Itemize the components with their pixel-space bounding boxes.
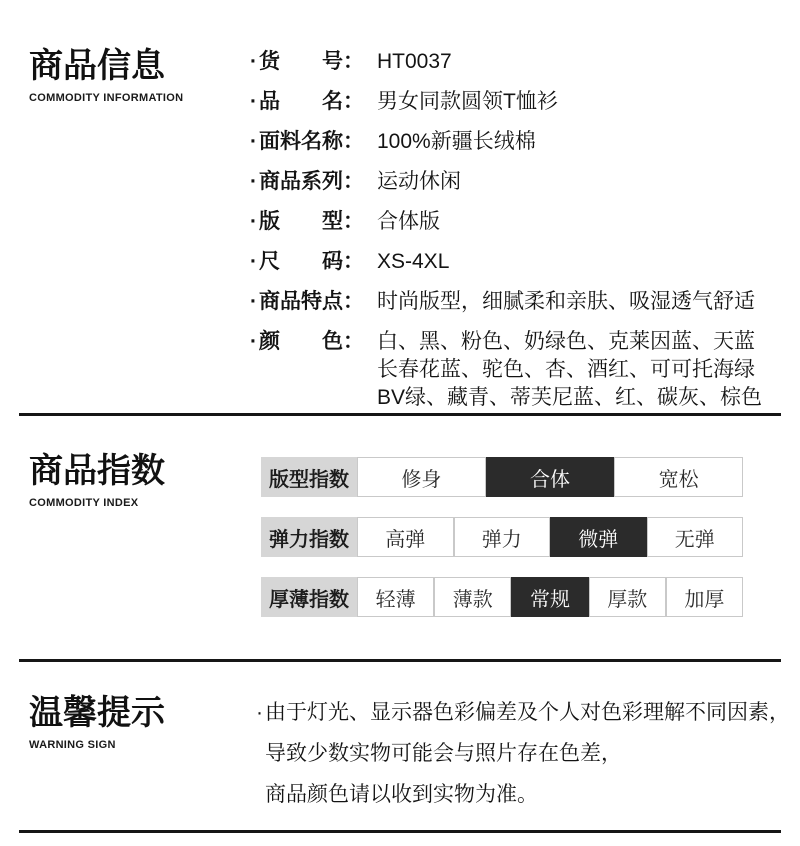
warning-section-title: 温馨提示 bbox=[29, 694, 165, 732]
bullet-dot: · bbox=[250, 82, 259, 122]
warning-text: 商品颜色请以收到实物为准。 bbox=[265, 774, 538, 815]
stretch-index-row: 弹力指数 高弹 弹力 微弹 无弹 bbox=[261, 517, 743, 557]
bullet-dot: · bbox=[256, 692, 265, 733]
index-tables: 版型指数 修身 合体 宽松 弹力指数 高弹 弹力 微弹 无弹 厚薄指数 轻薄 薄… bbox=[261, 457, 743, 617]
stretch-option-none: 无弹 bbox=[647, 517, 744, 557]
label-colon: ： bbox=[343, 42, 364, 82]
bottom-divider bbox=[19, 830, 781, 833]
label-colon: ： bbox=[343, 282, 364, 322]
info-row-colors: · 颜色 ： 白、黑、粉色、奶绿色、克莱因蓝、天蓝 长春花蓝、驼色、杏、酒红、可… bbox=[250, 322, 790, 412]
info-row-product-name: · 品名 ： 男女同款圆领T恤衫 bbox=[250, 82, 790, 122]
label-colon: ： bbox=[343, 202, 364, 242]
warning-line: · 由于灯光、显示器色彩偏差及个人对色彩理解不同因素， bbox=[256, 692, 790, 733]
label-colon: ： bbox=[343, 322, 364, 362]
thickness-index-row: 厚薄指数 轻薄 薄款 常规 厚款 加厚 bbox=[261, 577, 743, 617]
info-row-fit: · 版型 ： 合体版 bbox=[250, 202, 790, 242]
warning-line: 导致少数实物可能会与照片存在色差， bbox=[256, 733, 790, 774]
fit-option-loose: 宽松 bbox=[614, 457, 743, 497]
label-colon: ： bbox=[343, 242, 364, 282]
bullet-dot: · bbox=[250, 242, 259, 282]
warning-section-subtitle: WARNING SIGN bbox=[29, 739, 165, 751]
line-indent bbox=[256, 733, 265, 774]
line-indent bbox=[256, 774, 265, 815]
info-value: XS-4XL bbox=[377, 242, 449, 282]
thickness-option-thick: 厚款 bbox=[589, 577, 666, 617]
bullet-dot: · bbox=[250, 202, 259, 242]
index-section-title: 商品指数 bbox=[29, 452, 165, 490]
info-label: 品名 bbox=[259, 82, 343, 122]
thickness-option-light: 轻薄 bbox=[357, 577, 434, 617]
info-row-item-number: · 货号 ： HT0037 bbox=[250, 42, 790, 82]
product-info-list: · 货号 ： HT0037 · 品名 ： 男女同款圆领T恤衫 · 面料名称 ： … bbox=[250, 42, 790, 412]
color-list-line: BV绿、藏青、蒂芙尼蓝、红、碳灰、棕色 bbox=[377, 384, 762, 412]
warning-text: 由于灯光、显示器色彩偏差及个人对色彩理解不同因素， bbox=[265, 692, 790, 733]
info-label: 商品特点 bbox=[259, 282, 343, 322]
info-value: 合体版 bbox=[377, 202, 440, 242]
warning-text-block: · 由于灯光、显示器色彩偏差及个人对色彩理解不同因素， 导致少数实物可能会与照片… bbox=[256, 692, 790, 815]
info-row-fabric: · 面料名称 ： 100%新疆长绒棉 bbox=[250, 122, 790, 162]
fit-option-regular-selected: 合体 bbox=[486, 457, 615, 497]
info-value: 男女同款圆领T恤衫 bbox=[377, 82, 558, 122]
info-value: 时尚版型，细腻柔和亲肤、吸湿透气舒适 bbox=[377, 282, 755, 322]
index-section-header: 商品指数 COMMODITY INDEX bbox=[29, 452, 165, 509]
info-row-series: · 商品系列 ： 运动休闲 bbox=[250, 162, 790, 202]
warning-text: 导致少数实物可能会与照片存在色差， bbox=[265, 733, 622, 774]
label-colon: ： bbox=[343, 162, 364, 202]
bullet-dot: · bbox=[250, 122, 259, 162]
info-section-subtitle: COMMODITY INFORMATION bbox=[29, 92, 183, 104]
stretch-option-elastic: 弹力 bbox=[454, 517, 551, 557]
info-value: 运动休闲 bbox=[377, 162, 461, 202]
fit-index-row: 版型指数 修身 合体 宽松 bbox=[261, 457, 743, 497]
product-info-page: 商品信息 COMMODITY INFORMATION · 货号 ： HT0037… bbox=[0, 0, 800, 846]
thickness-index-label: 厚薄指数 bbox=[261, 577, 357, 617]
info-label: 尺码 bbox=[259, 242, 343, 282]
warning-section-header: 温馨提示 WARNING SIGN bbox=[29, 694, 165, 751]
section-divider bbox=[19, 659, 781, 662]
stretch-option-slight-selected: 微弹 bbox=[550, 517, 647, 557]
label-colon: ： bbox=[343, 122, 364, 162]
color-list-line: 长春花蓝、驼色、杏、酒红、可可托海绿 bbox=[377, 356, 762, 384]
thickness-option-thin: 薄款 bbox=[434, 577, 511, 617]
fit-index-label: 版型指数 bbox=[261, 457, 357, 497]
info-label: 面料名称 bbox=[259, 122, 343, 162]
info-section-header: 商品信息 COMMODITY INFORMATION bbox=[29, 47, 183, 104]
color-list: 白、黑、粉色、奶绿色、克莱因蓝、天蓝 长春花蓝、驼色、杏、酒红、可可托海绿 BV… bbox=[377, 322, 762, 412]
info-value: HT0037 bbox=[377, 42, 452, 82]
info-label: 版型 bbox=[259, 202, 343, 242]
index-section-subtitle: COMMODITY INDEX bbox=[29, 497, 165, 509]
stretch-index-label: 弹力指数 bbox=[261, 517, 357, 557]
info-row-size: · 尺码 ： XS-4XL bbox=[250, 242, 790, 282]
bullet-dot: · bbox=[250, 322, 259, 362]
thickness-option-regular-selected: 常规 bbox=[511, 577, 588, 617]
bullet-dot: · bbox=[250, 42, 259, 82]
stretch-option-high: 高弹 bbox=[357, 517, 454, 557]
warning-line: 商品颜色请以收到实物为准。 bbox=[256, 774, 790, 815]
bullet-dot: · bbox=[250, 282, 259, 322]
info-row-features: · 商品特点 ： 时尚版型，细腻柔和亲肤、吸湿透气舒适 bbox=[250, 282, 790, 322]
section-divider bbox=[19, 413, 781, 416]
bullet-dot: · bbox=[250, 162, 259, 202]
label-colon: ： bbox=[343, 82, 364, 122]
info-label: 商品系列 bbox=[259, 162, 343, 202]
color-list-line: 白、黑、粉色、奶绿色、克莱因蓝、天蓝 bbox=[377, 328, 762, 356]
fit-option-slim: 修身 bbox=[357, 457, 486, 497]
info-label: 颜色 bbox=[259, 322, 343, 362]
thickness-option-extra-thick: 加厚 bbox=[666, 577, 743, 617]
info-section-title: 商品信息 bbox=[29, 47, 183, 85]
info-label: 货号 bbox=[259, 42, 343, 82]
info-value: 100%新疆长绒棉 bbox=[377, 122, 536, 162]
